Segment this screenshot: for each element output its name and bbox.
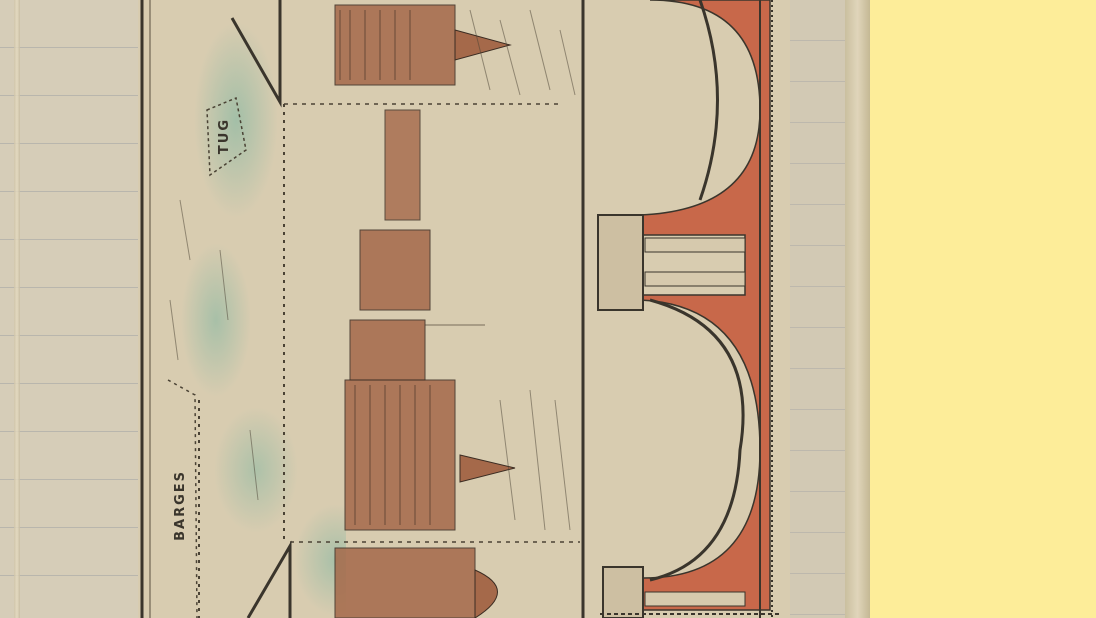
yellow-padding xyxy=(870,0,1096,618)
scanned-sheet: TUG BARGES xyxy=(0,0,870,618)
tug-label: TUG xyxy=(217,118,232,154)
barges-label: BARGES xyxy=(173,470,188,541)
engraving-artwork xyxy=(0,0,870,618)
